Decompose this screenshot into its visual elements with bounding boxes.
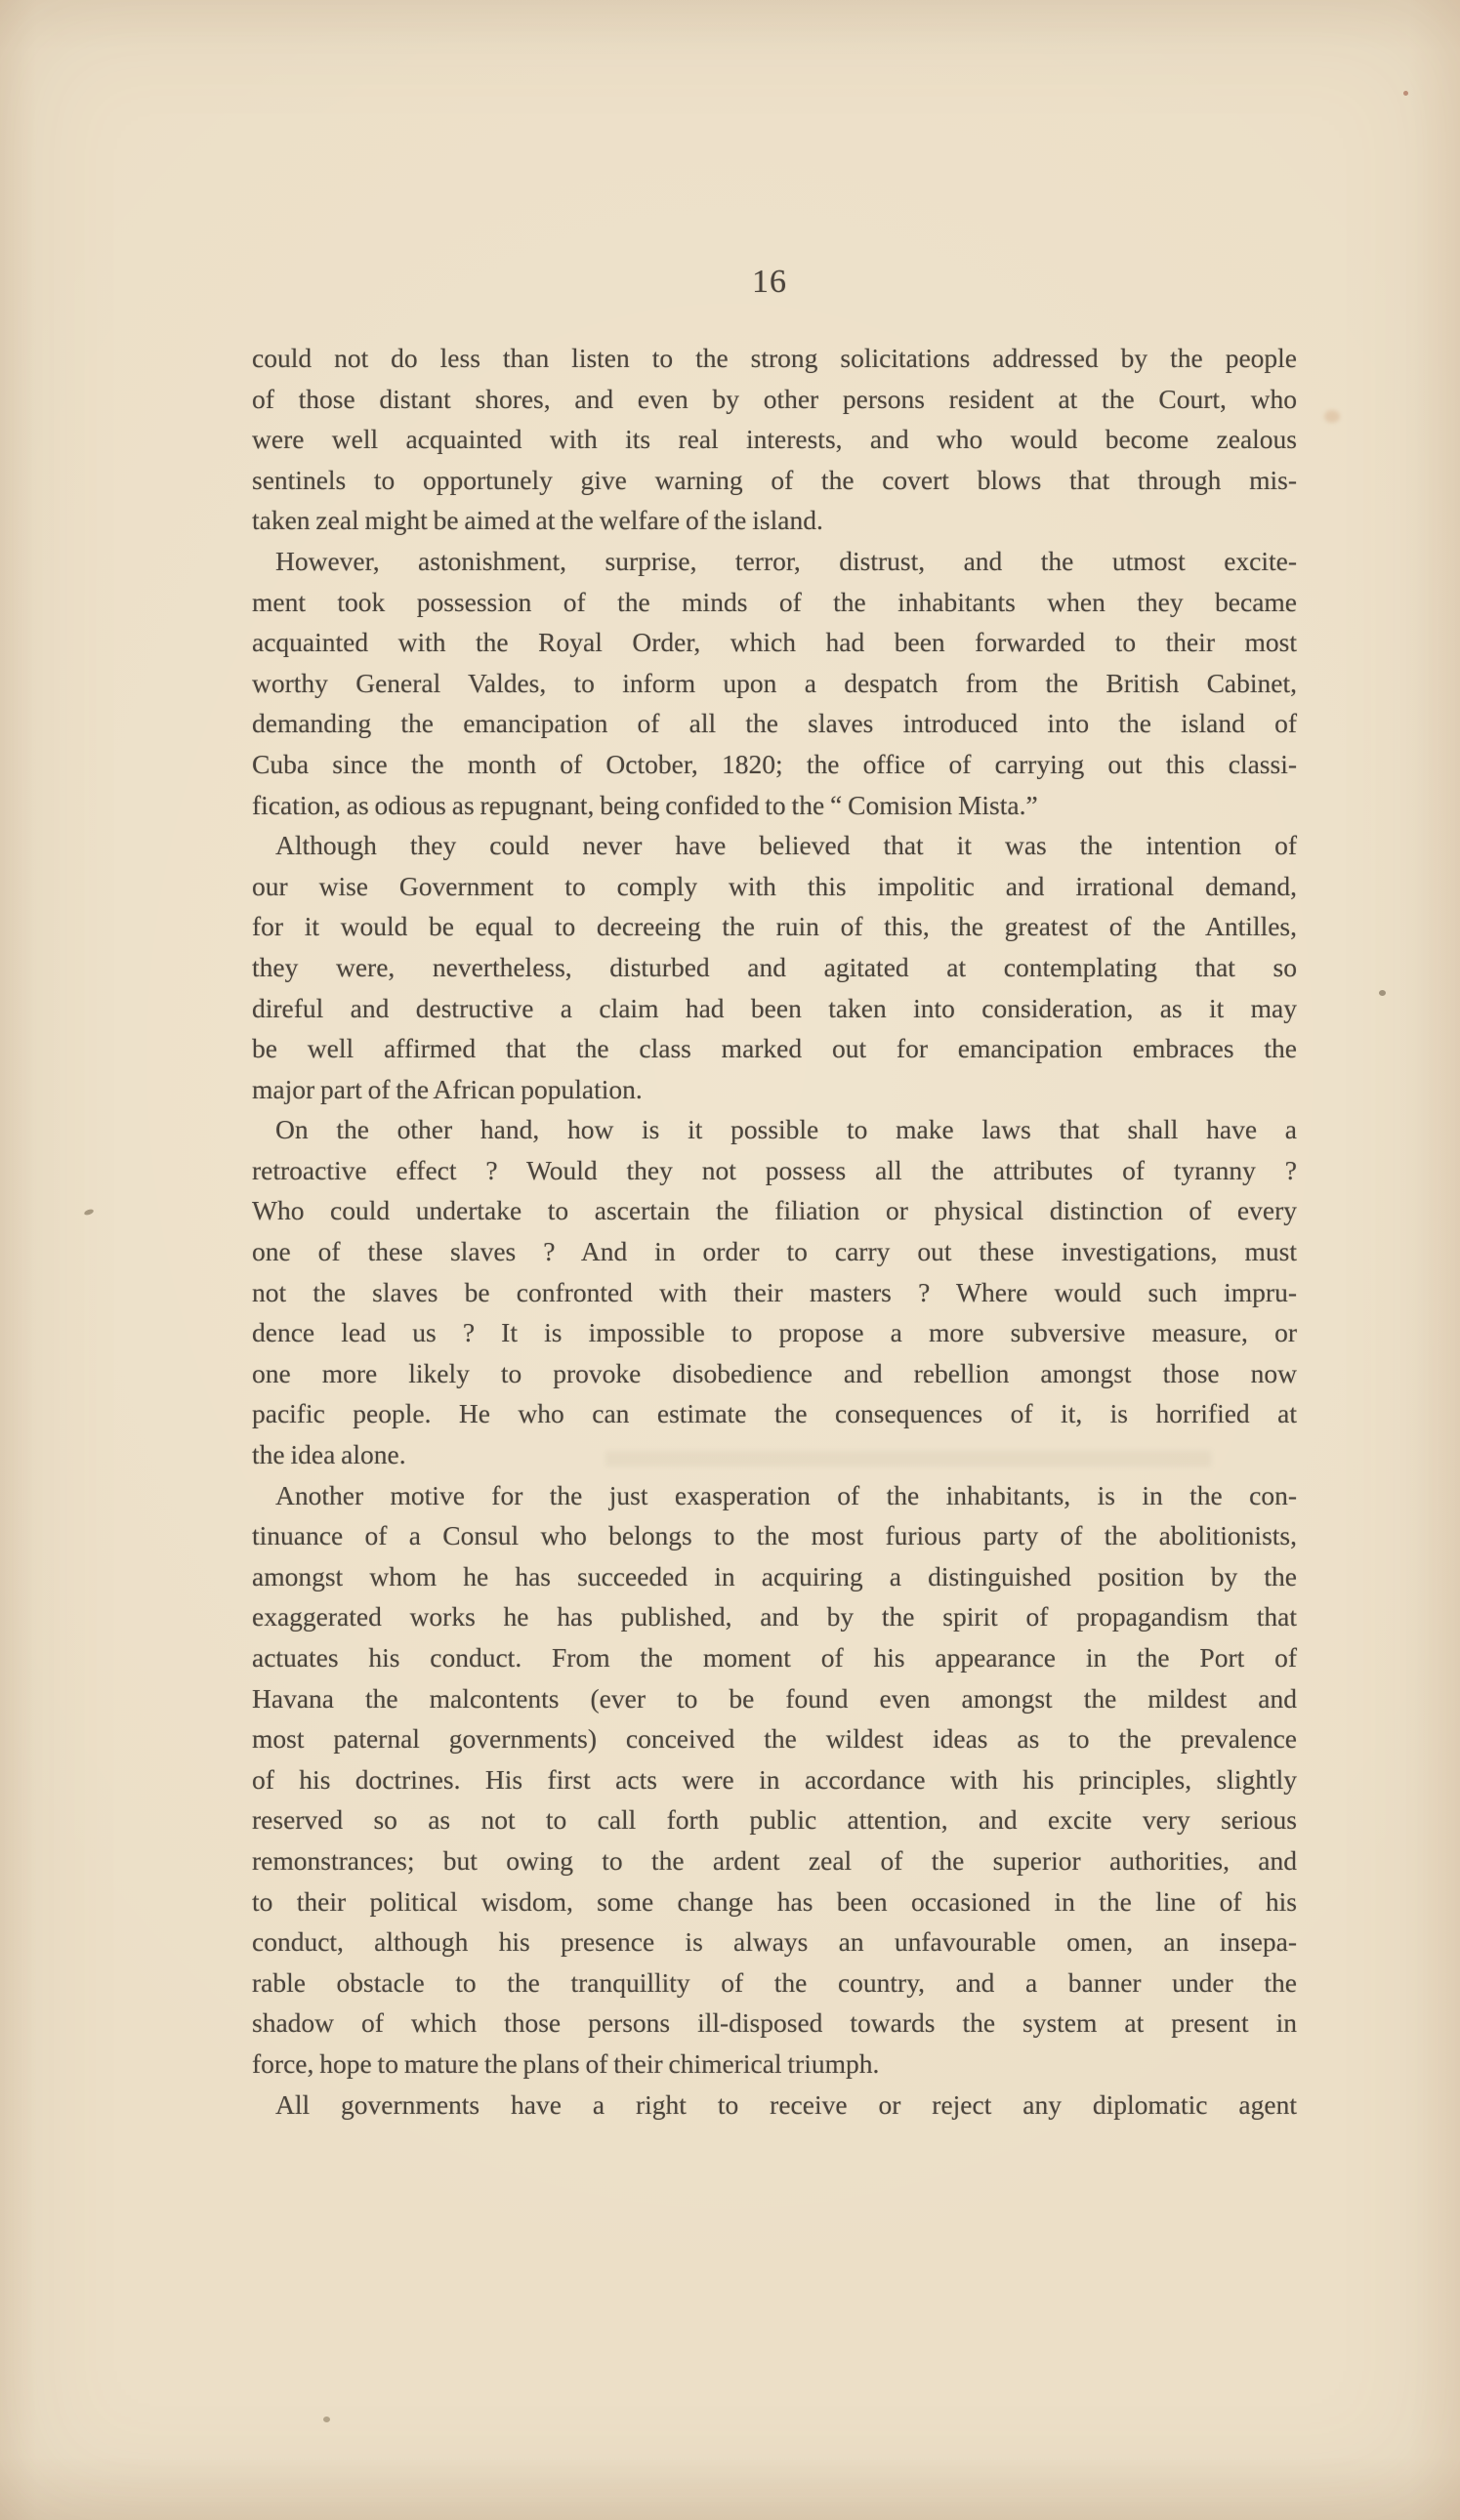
text-line: pacific people. He who can estimate the … (252, 1393, 1297, 1434)
text-line: Although they could never have believed … (252, 825, 1297, 866)
text-line: the idea alone. (252, 1434, 1297, 1475)
text-line: conduct, although his presence is always… (252, 1921, 1297, 1962)
text-line: amongst whom he has succeeded in acquiri… (252, 1556, 1297, 1597)
text-line: remonstrances; but owing to the ardent z… (252, 1840, 1297, 1881)
text-line: On the other hand, how is it possible to… (252, 1109, 1297, 1150)
paper-speck (1403, 91, 1408, 96)
text-line: shadow of which those persons ill-dispos… (252, 2003, 1297, 2044)
text-line: most paternal governments) conceived the… (252, 1718, 1297, 1759)
text-line: major part of the African population. (252, 1069, 1297, 1110)
page-number: 16 (752, 266, 787, 299)
text-line: However, astonishment, surprise, terror,… (252, 541, 1297, 582)
text-line: direful and destructive a claim had been… (252, 988, 1297, 1029)
text-line: dence lead us ? It is impossible to prop… (252, 1312, 1297, 1353)
paragraph: could not do less than listen to the str… (252, 338, 1297, 541)
text-line: they were, nevertheless, disturbed and a… (252, 947, 1297, 988)
text-line: worthy General Valdes, to inform upon a … (252, 663, 1297, 704)
text-line: ment took possession of the minds of the… (252, 582, 1297, 623)
paragraph: All governments have a right to receive … (252, 2085, 1297, 2126)
text-line: to their political wisdom, some change h… (252, 1881, 1297, 1922)
text-line: exaggerated works he has published, and … (252, 1596, 1297, 1637)
text-line: Who could undertake to ascertain the fil… (252, 1190, 1297, 1231)
text-line: sentinels to opportunely give warning of… (252, 460, 1297, 501)
book-page-scan: 16 could not do less than listen to the … (0, 0, 1460, 2520)
text-line: be well affirmed that the class marked o… (252, 1028, 1297, 1069)
text-line: Havana the malcontents (ever to be found… (252, 1678, 1297, 1719)
paper-speck (83, 1208, 94, 1216)
text-line: were well acquainted with its real inter… (252, 419, 1297, 460)
paragraph: However, astonishment, surprise, terror,… (252, 541, 1297, 825)
text-line: reserved so as not to call forth public … (252, 1799, 1297, 1840)
paragraph: Although they could never have believed … (252, 825, 1297, 1109)
text-line: for it would be equal to decreeing the r… (252, 906, 1297, 947)
text-line: tinuance of a Consul who belongs to the … (252, 1515, 1297, 1556)
paper-speck (323, 2417, 330, 2422)
text-line: not the slaves be confronted with their … (252, 1272, 1297, 1313)
paper-speck (1324, 410, 1340, 423)
paragraph: Another motive for the just exasperation… (252, 1475, 1297, 2085)
paragraph: On the other hand, how is it possible to… (252, 1109, 1297, 1474)
text-line: rable obstacle to the tranquillity of th… (252, 1962, 1297, 2004)
text-line: could not do less than listen to the str… (252, 338, 1297, 379)
text-line: acquainted with the Royal Order, which h… (252, 622, 1297, 663)
text-line: one of these slaves ? And in order to ca… (252, 1231, 1297, 1272)
text-line: actuates his conduct. From the moment of… (252, 1637, 1297, 1678)
text-line: All governments have a right to receive … (252, 2085, 1297, 2126)
text-line: of those distant shores, and even by oth… (252, 379, 1297, 420)
text-line: Cuba since the month of October, 1820; t… (252, 744, 1297, 785)
text-line: force, hope to mature the plans of their… (252, 2044, 1297, 2085)
text-line: our wise Government to comply with this … (252, 866, 1297, 907)
text-line: Another motive for the just exasperation… (252, 1475, 1297, 1516)
text-line: retroactive effect ? Would they not poss… (252, 1150, 1297, 1191)
text-line: taken zeal might be aimed at the welfare… (252, 500, 1297, 541)
text-line: demanding the emancipation of all the sl… (252, 703, 1297, 744)
text-line: of his doctrines. His first acts were in… (252, 1759, 1297, 1800)
text-line: fication, as odious as repugnant, being … (252, 785, 1297, 826)
paper-speck (1379, 990, 1386, 996)
text-line: one more likely to provoke disobedience … (252, 1353, 1297, 1394)
page-text: could not do less than listen to the str… (252, 338, 1297, 2125)
